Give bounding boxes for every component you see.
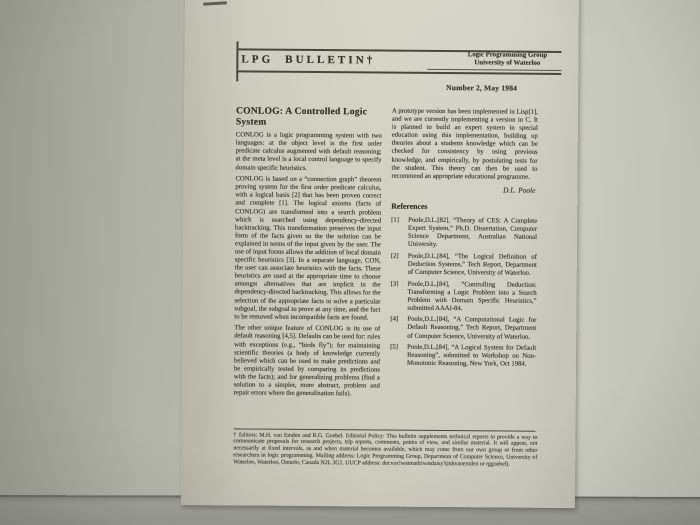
bulletin-front-page: LPG BULLETIN† Logic Programming Group Un… <box>181 0 579 508</box>
masthead-rule-bottom-thin <box>427 68 561 70</box>
left-column: CONLOG: A Controlled Logic System CONLOG… <box>234 106 382 402</box>
reference-item: [5] Poole,D.L.[84], “A Logical System fo… <box>390 344 536 369</box>
masthead-rule-vertical <box>236 41 238 81</box>
article-paragraph-2: CONLOG is based on a “connection graph” … <box>234 176 381 323</box>
footnote-rule <box>233 428 535 431</box>
editorial-footnote: † Editors: M.H. van Emden and R.G. Goebe… <box>233 432 537 468</box>
reference-text: Poole,D.L.[84], “The Logical Definition … <box>408 252 537 276</box>
article-paragraph-3: The other unique feature of CONLOG is it… <box>234 325 381 399</box>
reference-number: [1] <box>391 216 399 224</box>
reference-number: [2] <box>391 252 399 260</box>
reference-item: [3] Poole,D.L.[84], “Controlling Deducti… <box>390 280 536 314</box>
reference-item: [4] Poole,D.L.[84], “A Computational Log… <box>390 316 536 341</box>
article-paragraph-4: A prototype version has been implemented… <box>391 108 538 182</box>
reference-number: [4] <box>390 316 398 324</box>
issue-number-date: Number 2, May 1984 <box>446 83 517 93</box>
reference-number: [5] <box>390 344 398 352</box>
author-signature: D.L. Poole <box>391 184 535 194</box>
article-paragraph-1: CONLOG is a logic programming system wit… <box>236 132 382 174</box>
organization-institution: University of Waterloo <box>452 59 562 68</box>
reference-item: [2] Poole,D.L.[84], “The Logical Definit… <box>391 252 537 277</box>
masthead-rule-bottom <box>236 70 561 75</box>
reference-text: Poole,D.L.[84], “A Computational Logic f… <box>407 316 536 340</box>
article-title: CONLOG: A Controlled Logic System <box>236 106 382 128</box>
reference-text: Poole,D.L.[82], “Theory of CES: A Comple… <box>408 217 537 249</box>
right-column: A prototype version has been implemented… <box>390 108 538 404</box>
organization-block: Logic Programming Group University of Wa… <box>452 51 562 69</box>
organization-name: Logic Programming Group <box>452 51 562 60</box>
reference-text: Poole,D.L.[84], “A Logical System for De… <box>407 344 536 368</box>
reference-item: [1] Poole,D.L.[82], “Theory of CES: A Co… <box>391 216 537 250</box>
bulletin-title: LPG BULLETIN† <box>241 53 375 66</box>
reference-text: Poole,D.L.[84], “Controlling Deduction: … <box>407 280 536 312</box>
references-heading: References <box>391 201 537 211</box>
article-body: CONLOG: A Controlled Logic System CONLOG… <box>234 106 538 403</box>
photo-of-bulletin: LPG BULLETIN† Logic Programming Group Un… <box>0 0 700 525</box>
reference-number: [3] <box>391 280 399 288</box>
